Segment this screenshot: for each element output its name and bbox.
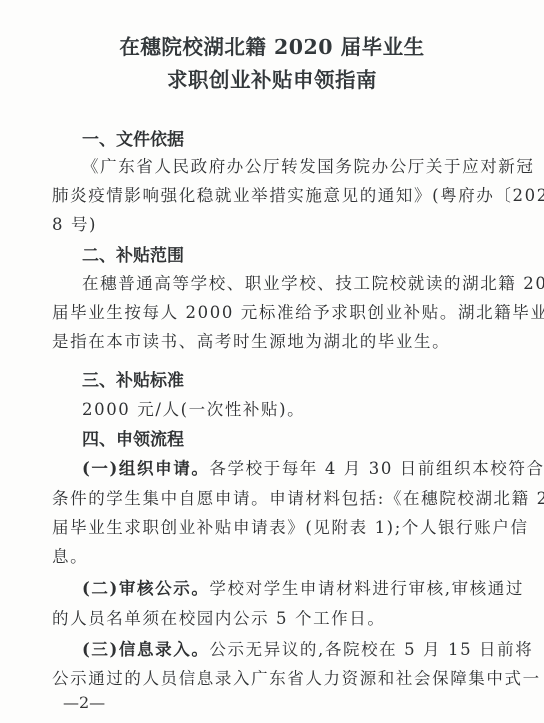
step-1-line-2: 条件的学生集中自愿申请。申请材料包括:《在穗院校湖北籍 2020 [52, 485, 476, 509]
basis-line-2: 肺炎疫情影响强化稳就业举措实施意见的通知》(粤府办〔2020〕 [52, 182, 476, 206]
section-heading-basis: 一、文件依据 [82, 125, 184, 150]
step-1-line-3: 届毕业生求职创业补贴申请表》(见附表 1);个人银行账户信 [52, 514, 476, 538]
step-2-line-2: 的人员名单须在校园内公示 5 个工作日。 [52, 605, 476, 629]
step-1-line-1: (一)组织申请。各学校于每年 4 月 30 日前组织本校符合 [82, 455, 476, 479]
step-3-line-2: 公示通过的人员信息录入广东省人力资源和社会保障集中式一 [52, 665, 476, 689]
section-heading-process: 四、申领流程 [82, 425, 184, 450]
scope-line-1: 在穗普通高等学校、职业学校、技工院校就读的湖北籍 2020 [82, 270, 476, 294]
standard-line-1: 2000 元/人(一次性补贴)。 [82, 396, 476, 420]
step-1-line-4: 息。 [52, 543, 476, 567]
step-3-label: (三)信息录入。 [82, 640, 209, 659]
section-heading-scope: 二、补贴范围 [82, 241, 184, 266]
basis-line-1: 《广东省人民政府办公厅转发国务院办公厅关于应对新冠 [82, 153, 476, 177]
basis-line-3: 8 号) [52, 211, 476, 235]
step-1-label: (一)组织申请。 [82, 459, 209, 478]
document-title-line-2: 求职创业补贴申领指南 [0, 63, 544, 93]
step-3-line-1: (三)信息录入。公示无异议的,各院校在 5 月 15 日前将 [82, 636, 476, 660]
step-2-line-1: (二)审核公示。学校对学生申请材料进行审核,审核通过 [82, 575, 476, 599]
scope-line-2: 届毕业生按每人 2000 元标准给予求职创业补贴。湖北籍毕业生 [52, 299, 476, 323]
document-title-line-1: 在穗院校湖北籍 2020 届毕业生 [0, 30, 544, 60]
scope-line-3: 是指在本市读书、高考时生源地为湖北的毕业生。 [52, 328, 476, 352]
section-heading-standard: 三、补贴标准 [82, 366, 184, 391]
step-2-label: (二)审核公示。 [82, 579, 209, 598]
page-number: —2— [63, 693, 105, 712]
